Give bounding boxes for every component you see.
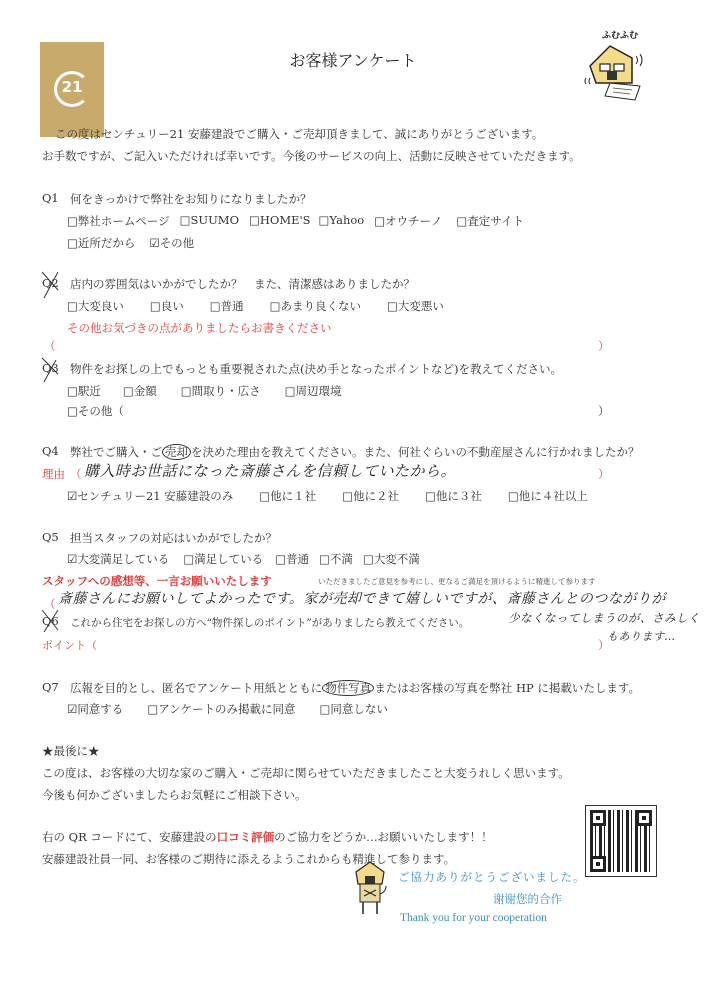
closing-line-4: 安藤建設社員一同、お客様のご期待に添えるようこれからも精進して参ります。 (42, 851, 455, 867)
q1-option-other-checked[interactable]: ☑その他 (149, 235, 194, 251)
closing-line-2: 今後も何かございましたらお気軽にご相談下さい。 (42, 787, 307, 803)
closing-qr-line: 右の QR コードにて、安藤建設の口コミ評価のご協力をどうか…お願いいたします！… (42, 829, 493, 845)
q5-comment-label: スタッフへの感想等、一言お願いいたします (42, 573, 272, 589)
q2-question: 店内の雰囲気はいかがでしたか？ また、清潔感はありましたか？ (70, 276, 415, 292)
q2-option-normal[interactable]: □普通 (210, 298, 244, 314)
q5-comment-answer-line2: 少なくなってしまうのが、さみしく (508, 610, 700, 626)
q4-option-2-other[interactable]: □他に２社 (342, 488, 399, 504)
q4-paren-close: ） (598, 466, 610, 482)
q5-option-very-dissatisfied[interactable]: □大変不満 (363, 551, 420, 567)
cross-out-mark-icon (40, 608, 62, 634)
q1-option-kinjo[interactable]: □近所だから (67, 235, 135, 251)
q7-option-survey-only[interactable]: □アンケートのみ掲載に同意 (147, 701, 295, 717)
q5-option-dissatisfied[interactable]: □不満 (319, 551, 353, 567)
qr-code[interactable] (585, 805, 657, 877)
q4-question: 弊社でご購入・ご売却を決めた理由を教えてください。また、何社ぐらいの不動産屋さん… (70, 444, 640, 460)
q6-question: これから住宅をお探しの方へ“物件探しのポイント”がありましたら教えてください。 (70, 615, 469, 630)
q4-number: Q4 (42, 444, 59, 458)
q2-paren-close: ） (598, 338, 610, 354)
thanks-japanese: ご協力ありがとうございました。 (398, 869, 586, 885)
mascot-dog-icon (350, 858, 390, 918)
q1-option-suumo[interactable]: □SUUMO (180, 213, 239, 229)
q5-option-very-satisfied-checked[interactable]: ☑大変満足している (67, 551, 169, 567)
q3-option-other[interactable]: □その他（ (67, 403, 124, 419)
cross-out-mark-icon (40, 270, 62, 300)
thanks-chinese: 谢谢您的合作 (493, 891, 562, 907)
q2-paren-open: （ (44, 338, 56, 354)
q3-option-station[interactable]: □駅近 (67, 383, 101, 399)
q2-note: その他お気づきの点がありましたらお書きください (67, 320, 332, 336)
q4-option-c21-only-checked[interactable]: ☑センチュリー21 安藤建設のみ (67, 488, 233, 504)
circled-word: 売却 (162, 444, 191, 460)
closing-line-1: この度は、お客様の大切な家のご購入・ご売却に関らせていただきましたこと大変うれし… (42, 765, 570, 781)
q4-option-1-other[interactable]: □他に１社 (259, 488, 316, 504)
q4-options: ☑センチュリー21 安藤建設のみ □他に１社 □他に２社 □他に３社 □他に４社… (67, 488, 588, 504)
q1-option-homes[interactable]: □HOME'S (249, 213, 311, 229)
q1-option-homepage[interactable]: □弊社ホームページ (67, 213, 170, 229)
q3-option-surroundings[interactable]: □周辺環境 (285, 383, 342, 399)
q5-comment-note: いただきましたご意見を参考にし、更なるご満足を頂けるように精進して参ります (318, 576, 596, 587)
q1-option-satei-site[interactable]: □査定サイト (456, 213, 524, 229)
q3-option-layout[interactable]: □間取り・広さ (181, 383, 261, 399)
q4-option-3-other[interactable]: □他に３社 (425, 488, 482, 504)
cross-out-mark-icon (40, 356, 62, 384)
q7-option-agree-checked[interactable]: ☑同意する (67, 701, 123, 717)
q7-option-disagree[interactable]: □同意しない (320, 701, 388, 717)
q3-question: 物件をお探しの上でもっとも重要視された点(決め手となったポイントなど)を教えてく… (70, 361, 562, 377)
q6-paren-close: ） (598, 637, 610, 653)
q3-option-price[interactable]: □金額 (123, 383, 157, 399)
q2-option-very-bad[interactable]: □大変悪い (387, 298, 444, 314)
q1-options-row2: □近所だから ☑その他 (67, 235, 194, 251)
checked-box-icon: ☑ (67, 702, 77, 716)
q7-number: Q7 (42, 680, 59, 694)
q1-options-row1: □弊社ホームページ □SUUMO □HOME'S □Yahoo □オウチーノ □… (67, 213, 524, 229)
logo-number: 21 (40, 78, 104, 96)
intro-line-1: この度はセンチュリー21 安藤建設でご購入・ご売却頂きまして、誠にありがとうござ… (55, 126, 543, 142)
q2-option-very-good[interactable]: □大変良い (67, 298, 124, 314)
q5-option-satisfied[interactable]: □満足している (183, 551, 263, 567)
q1-number: Q1 (42, 191, 59, 205)
review-highlight: 口コミ評価 (217, 830, 275, 844)
q5-option-normal[interactable]: □普通 (275, 551, 309, 567)
q5-comment-answer-line3: もあります… (607, 628, 676, 644)
q4-reason-answer[interactable]: 購入時お世話になった斎藤さんを信頼していたから。 (84, 460, 456, 481)
q6-point-label: ポイント（ (42, 637, 97, 653)
q5-number: Q5 (42, 530, 59, 544)
qr-pattern-icon (590, 810, 652, 872)
q2-answer-field[interactable] (60, 338, 590, 354)
q4-reason-label: 理由 (42, 466, 65, 482)
checked-box-icon: ☑ (149, 236, 159, 250)
q5-options: ☑大変満足している □満足している □普通 □不満 □大変不満 (67, 551, 420, 567)
q4-option-4plus-other[interactable]: □他に４社以上 (508, 488, 588, 504)
q6-answer-field[interactable] (100, 635, 590, 651)
q2-option-not-good[interactable]: □あまり良くない (270, 298, 361, 314)
thanks-english: Thank you for your cooperation (400, 912, 547, 924)
q1-question: 何をきっかけで弊社をお知りになりましたか？ (70, 191, 312, 207)
q4-paren-open: （ (70, 466, 82, 482)
q1-option-ouchino[interactable]: □オウチーノ (374, 213, 442, 229)
q2-option-good[interactable]: □良い (150, 298, 184, 314)
closing-heading: ★最後に★ (42, 743, 100, 759)
checked-box-icon: ☑ (67, 552, 77, 566)
circled-word: 物件写真 (322, 680, 374, 696)
q3-paren-close: ） (598, 403, 610, 419)
mascot-writing-icon: ふむふむ (580, 28, 655, 108)
q5-question: 担当スタッフの対応はいかがでしたか？ (70, 530, 277, 546)
q1-option-yahoo[interactable]: □Yahoo (319, 213, 365, 229)
checked-box-icon: ☑ (67, 489, 77, 503)
q2-options: □大変良い □良い □普通 □あまり良くない □大変悪い (67, 298, 444, 314)
q7-question: 広報を目的とし、匿名でアンケート用紙とともに物件写真またはお客様の写真を弊社 H… (70, 680, 640, 696)
q7-options: ☑同意する □アンケートのみ掲載に同意 □同意しない (67, 701, 388, 717)
intro-line-2: お手数ですが、ご記入いただければ幸いです。今後のサービスの向上、活動に反映させて… (42, 148, 581, 164)
q3-options: □駅近 □金額 □間取り・広さ □周辺環境 (67, 383, 342, 399)
q5-comment-answer-line1[interactable]: 斎藤さんにお願いしてよかったです。家が売却できて嬉しいですが、斎藤さんとのつなが… (58, 588, 666, 608)
